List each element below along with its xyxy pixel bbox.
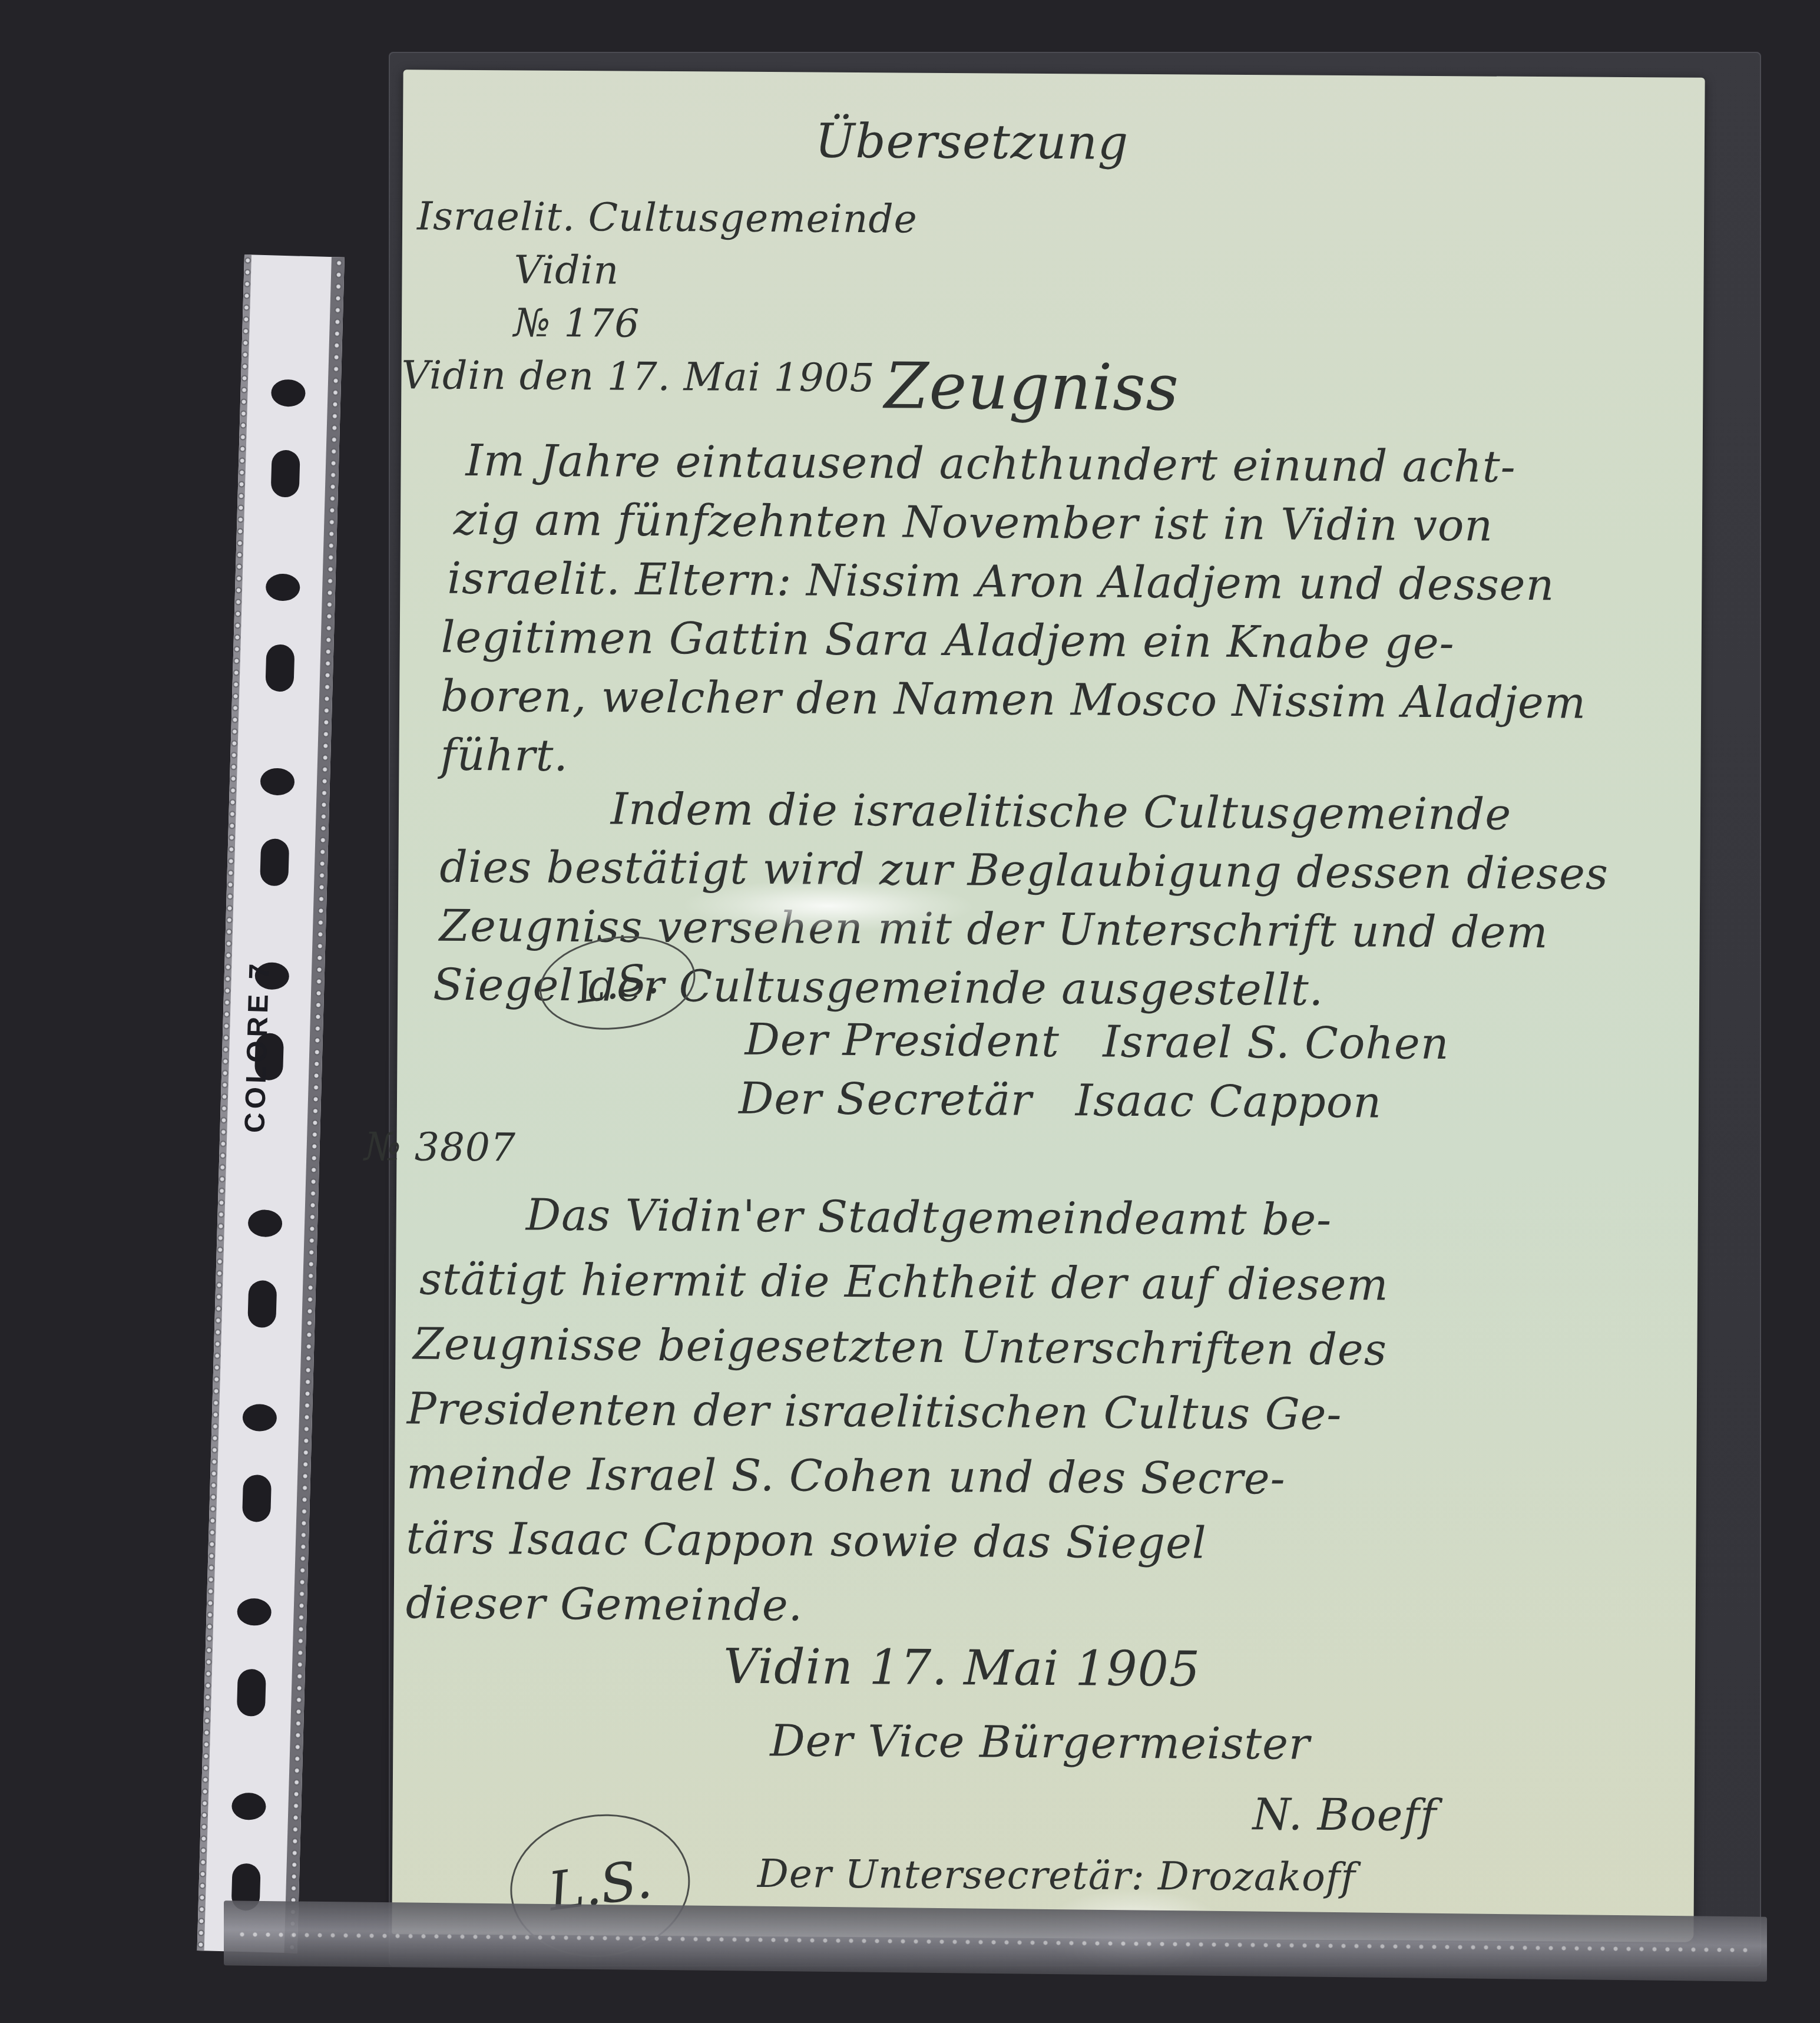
paragraph-3-line: stätigt hiermit die Echtheit der auf die… — [419, 1254, 1389, 1310]
paragraph-1-line: israelit. Eltern: Nissim Aron Aladjem un… — [447, 553, 1554, 610]
issuer-organization: Israelit. Cultusgemeinde — [417, 193, 918, 242]
document-heading: Übersetzung — [815, 114, 1129, 170]
paragraph-3-line: Zeugnisse beigesetzten Unterschriften de… — [413, 1318, 1387, 1375]
paragraph-3-line: tärs Isaac Cappon sowie das Siegel — [406, 1513, 1207, 1568]
paragraph-3-line: Presidenten der israelitischen Cultus Ge… — [407, 1383, 1342, 1440]
sleeve-perforation — [236, 1930, 1755, 1954]
issuer-city: Vidin — [514, 247, 619, 293]
seal-text: L.S. — [573, 953, 661, 1013]
paragraph-3-line: meinde Israel S. Cohen und des Secre- — [406, 1448, 1286, 1504]
punch-hole-icon — [247, 1280, 277, 1328]
punch-hole-icon — [271, 379, 306, 407]
municipal-number: № 3807 — [364, 1124, 516, 1171]
signature-name: Isaac Cappon — [1076, 1075, 1382, 1128]
paragraph-1-line: boren, welcher den Namen Mosco Nissim Al… — [441, 671, 1586, 729]
paragraph-1-line: Im Jahre eintausend achthundert einund a… — [465, 435, 1516, 492]
closing-date: Vidin 17. Mai 1905 — [723, 1639, 1200, 1698]
paragraph-3-line: Das Vidin'er Stadtgemeindeamt be- — [526, 1190, 1332, 1245]
punch-hole-icon — [231, 1792, 266, 1820]
signature-name: Israel S. Cohen — [1103, 1017, 1450, 1070]
dateline: Vidin den 17. Mai 1905 — [401, 352, 875, 401]
punch-hole-icon — [260, 768, 294, 796]
punch-hole-icon — [266, 573, 300, 601]
punch-hole-icon — [271, 449, 300, 497]
paragraph-2-line: dies bestätigt wird zur Beglaubigung des… — [439, 842, 1609, 900]
signature-president: Der President Israel S. Cohen — [744, 1014, 1449, 1069]
issuer-number: № 176 — [514, 300, 640, 346]
binder-punch-strip: COLORE 7 — [197, 254, 345, 1953]
paragraph-1-line: führt. — [440, 730, 568, 781]
punch-hole-icon — [247, 1209, 282, 1238]
punch-hole-icon — [237, 1669, 266, 1717]
punch-hole-icon — [242, 1404, 277, 1432]
binder-label: COLORE 7 — [239, 956, 276, 1133]
signature-secretary: Der Secretär Isaac Cappon — [739, 1073, 1382, 1128]
punch-hole-icon — [265, 644, 294, 692]
paragraph-1-line: legitimen Gattin Sara Aladjem ein Knabe … — [441, 612, 1455, 669]
vice-mayor-signature: N. Boeff — [1252, 1789, 1437, 1841]
signature-role: Der President — [744, 1014, 1060, 1067]
document-sheet: Übersetzung Israelit. Cultusgemeinde Vid… — [392, 70, 1705, 1942]
signature-role: Der Secretär — [739, 1073, 1033, 1126]
paragraph-3-line: dieser Gemeinde. — [406, 1578, 803, 1631]
punch-hole-icon — [237, 1598, 272, 1627]
document-title: Zeugniss — [884, 349, 1179, 425]
sleeve-seam-right — [288, 257, 343, 1953]
paragraph-1-line: zig am fünfzehnten November ist in Vidin… — [454, 494, 1494, 551]
punch-hole-icon — [242, 1475, 272, 1522]
vice-mayor-title: Der Vice Bürgermeister — [770, 1715, 1311, 1770]
punch-hole-icon — [260, 838, 289, 886]
paragraph-2-line: Indem die israelitische Cultusgemeinde — [611, 784, 1512, 839]
undersecretary-signature: Der Untersecretär: Drozakoff — [757, 1851, 1356, 1900]
